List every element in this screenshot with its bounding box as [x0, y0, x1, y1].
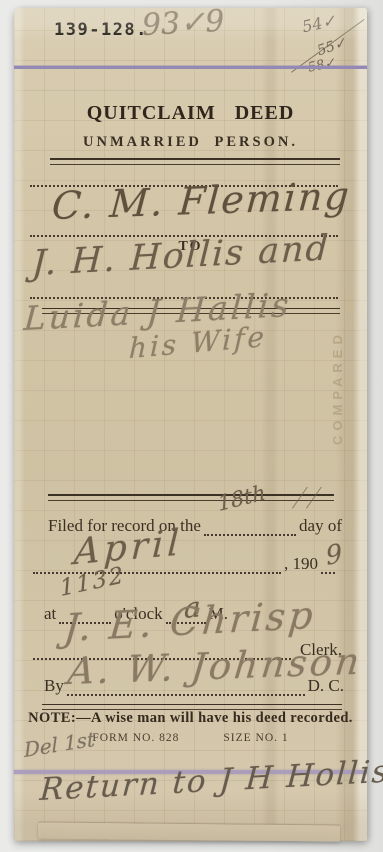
at-label: at — [44, 604, 56, 624]
dotted-blank — [204, 519, 296, 536]
filed-suffix-label: day of — [299, 516, 342, 536]
year-printed-label: , 190 — [284, 554, 318, 574]
grantor-signature: C. M. Fleming — [50, 173, 352, 228]
size-number-label: SIZE NO. 1 — [223, 732, 288, 744]
under-sheet-edge — [38, 822, 340, 841]
double-rule — [50, 158, 340, 165]
deed-title: QUITCLAIM DEED — [14, 102, 367, 125]
corner-mark-54: 54✓ — [300, 11, 337, 37]
dotted-blank — [67, 679, 305, 696]
day-handwritten: 18th — [216, 480, 267, 516]
pencil-figures: 93✓9 — [141, 4, 225, 43]
index-number-stamp: 139-128. — [54, 20, 148, 40]
by-label: By — [44, 676, 64, 696]
year-digit-handwritten: 9 — [324, 539, 343, 572]
deed-cover-sheet: 139-128. 93✓9 54✓ 55✓ 58✓ QUITCLAIM DEED… — [14, 8, 367, 841]
deputy-line: By D. C. — [44, 676, 344, 696]
purple-rule-top — [14, 66, 367, 69]
deed-subtitle: UNMARRIED PERSON. — [14, 134, 367, 151]
compared-stamp: COMPARED — [330, 220, 345, 445]
double-rule — [48, 494, 334, 501]
form-number-label: FORM NO. 828 — [92, 732, 179, 744]
note-line: NOTE:—A wise man will have his deed reco… — [14, 710, 367, 727]
dc-label: D. C. — [308, 676, 344, 696]
return-to-note: Return to J H Hollis — [39, 754, 383, 809]
